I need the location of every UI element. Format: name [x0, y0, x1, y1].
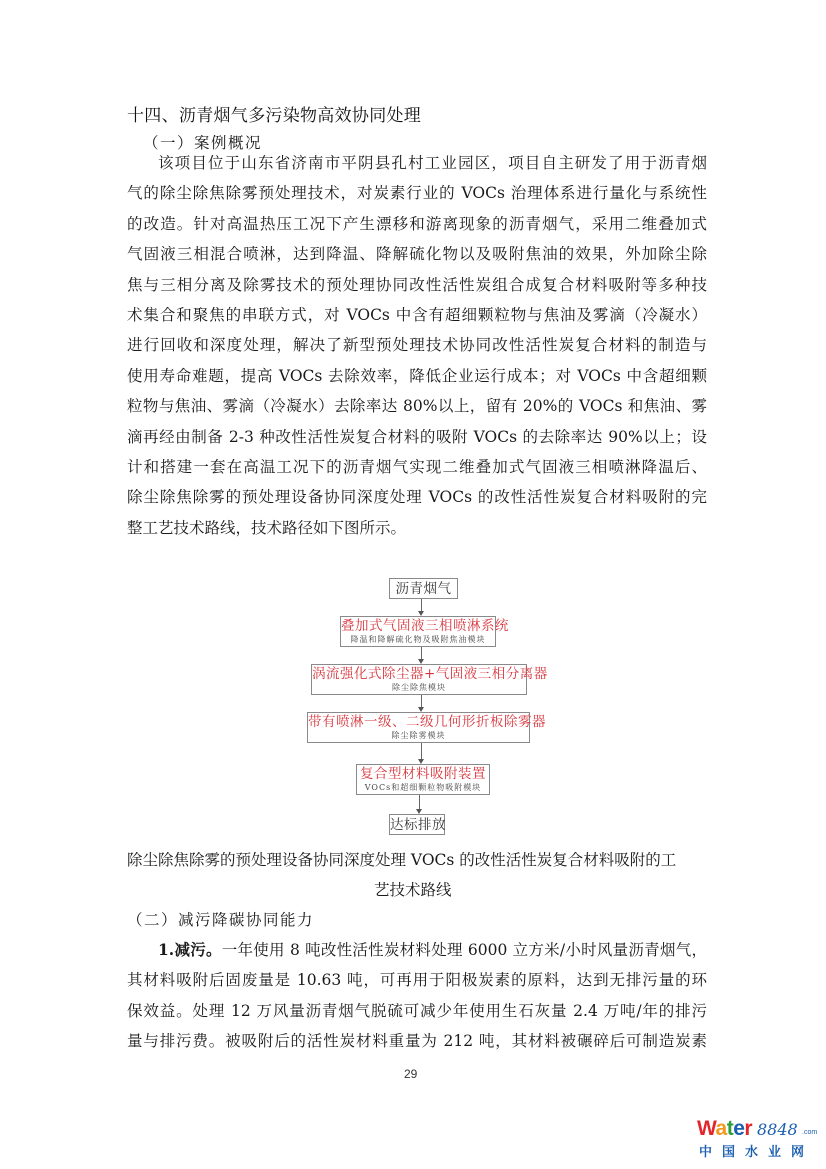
figure-caption-line1: 除尘除焦除雾的预处理设备协同深度处理 VOCs 的改性活性炭复合材料吸附的工	[127, 848, 676, 870]
connector-line	[419, 795, 420, 809]
flow-node-sublabel: 除尘除焦模块	[312, 682, 526, 693]
paragraph-line: 1.减污。一年使用 8 吨改性活性炭材料处理 6000 立方米/小时风量沥青烟气…	[127, 935, 707, 965]
capability-paragraph: 1.减污。一年使用 8 吨改性活性炭材料处理 6000 立方米/小时风量沥青烟气…	[127, 935, 707, 1057]
item-text: 一年使用 8 吨改性活性炭材料处理 6000 立方米/小时风量沥青烟气，	[222, 941, 707, 959]
flow-node-label: 达标排放	[390, 816, 444, 835]
connector-line	[421, 647, 422, 659]
connector-line	[421, 598, 422, 611]
paragraph-line: 气固液三相混合喷淋，达到降温、降解硫化物以及吸附焦油的效果，外加除尘除	[127, 239, 707, 269]
paragraph-line: 的改造。针对高温热压工况下产生漂移和游离现象的沥青烟气，采用二维叠加式	[127, 209, 707, 239]
paragraph-line: 保效益。处理 12 万风量沥青烟气脱硫可减少年使用生石灰量 2.4 万吨/年的排…	[127, 996, 707, 1026]
logo-letter: a	[716, 1117, 727, 1140]
flow-node-dust-remover: 涡流强化式除尘器+气固液三相分离器 除尘除焦模块	[311, 664, 527, 695]
capability-heading: （二）减污降碳协同能力	[127, 908, 314, 930]
connector-line	[421, 695, 422, 707]
paragraph-line: 气的除尘除焦除雾预处理技术，对炭素行业的 VOCs 治理体系进行量化与系统性	[127, 178, 707, 208]
logo-letter: W	[697, 1117, 716, 1140]
logo-chinese-name: 中国水业网	[699, 1141, 814, 1160]
logo-number: 8848	[757, 1120, 798, 1139]
paragraph-line: 除尘除焦除雾的预处理设备协同深度处理 VOCs 的改性活性炭复合材料吸附的完	[127, 482, 707, 512]
document-page: 十四、沥青烟气多污染物高效协同处理 （一）案例概况 该项目位于山东省济南市平阴县…	[0, 0, 826, 1169]
paragraph-line: 焦与三相分离及除雾技术的预处理协同改性活性炭组合成复合材料吸附等多种技	[127, 270, 707, 300]
flow-node-spray-system: 叠加式气固液三相喷淋系统 降温和降解硫化物及吸附焦油模块	[340, 616, 496, 647]
flow-node-label: 带有喷淋一级、二级几何形折板除雾器	[308, 714, 529, 730]
flow-node-label: 复合型材料吸附装置	[357, 766, 489, 782]
flow-node-asphalt-fume: 沥青烟气	[389, 578, 458, 599]
flow-node-adsorption-device: 复合型材料吸附装置 VOCs和超细颗粒物吸附模块	[356, 764, 490, 795]
flow-node-compliant-emission: 达标排放	[389, 814, 445, 835]
paragraph-line: 术集合和聚焦的串联方式，对 VOCs 中含有超细颗粒物与焦油及雾滴（冷凝水）	[127, 300, 707, 330]
flow-node-sublabel: 降温和降解硫化物及吸附焦油模块	[341, 634, 495, 645]
flow-node-sublabel: 除尘除雾模块	[308, 730, 529, 741]
flow-node-label: 涡流强化式除尘器+气固液三相分离器	[312, 666, 526, 682]
logo-letter: r	[744, 1117, 752, 1140]
connector-line	[421, 743, 422, 759]
logo-domain: .com	[802, 1129, 817, 1136]
paragraph-line: 滴再经由制备 2-3 种改性活性炭复合材料的吸附 VOCs 的去除率达 90%以…	[127, 422, 707, 452]
figure-caption-line2: 艺技术路线	[374, 878, 452, 900]
paragraph-line: 进行回收和深度处理，解决了新型预处理技术协同改性活性炭复合材料的制造与	[127, 330, 707, 360]
item-label: 1.减污。	[158, 940, 222, 959]
logo-letter: e	[733, 1117, 744, 1140]
flow-node-label: 沥青烟气	[390, 580, 457, 599]
paragraph-line: 该项目位于山东省济南市平阴县孔村工业园区，项目自主研发了用于沥青烟	[127, 148, 707, 178]
paragraph-line: 量与排污费。被吸附后的活性炭材料重量为 212 吨，其材料被碾碎后可制造炭素	[127, 1026, 707, 1056]
flow-node-label: 叠加式气固液三相喷淋系统	[341, 618, 495, 634]
paragraph-line: 整工艺技术路线，技术路径如下图所示。	[127, 513, 707, 543]
flow-node-sublabel: VOCs和超细颗粒物吸附模块	[357, 782, 489, 793]
paragraph-line: 使用寿命难题，提高 VOCs 去除效率，降低企业运行成本；对 VOCs 中含超细…	[127, 361, 707, 391]
paragraph-line: 计和搭建一套在高温工况下的沥青烟气实现二维叠加式气固液三相喷淋降温后、	[127, 452, 707, 482]
paragraph-line: 其材料吸附后固废量是 10.63 吨，可再用于阳极炭素的原料，达到无排污量的环	[127, 965, 707, 995]
watermark-logo: Water 8848 .com 中国水业网	[697, 1117, 817, 1161]
flow-node-demister: 带有喷淋一级、二级几何形折板除雾器 除尘除雾模块	[307, 712, 530, 743]
logo-word: Water	[697, 1117, 752, 1141]
case-overview-paragraph: 该项目位于山东省济南市平阴县孔村工业园区，项目自主研发了用于沥青烟 气的除尘除焦…	[127, 148, 707, 543]
paragraph-line: 粒物与焦油、雾滴（冷凝水）去除率达 80%以上，留有 20%的 VOCs 和焦油…	[127, 391, 707, 421]
section-title: 十四、沥青烟气多污染物高效协同处理	[127, 101, 421, 126]
page-number: 29	[404, 1067, 417, 1081]
